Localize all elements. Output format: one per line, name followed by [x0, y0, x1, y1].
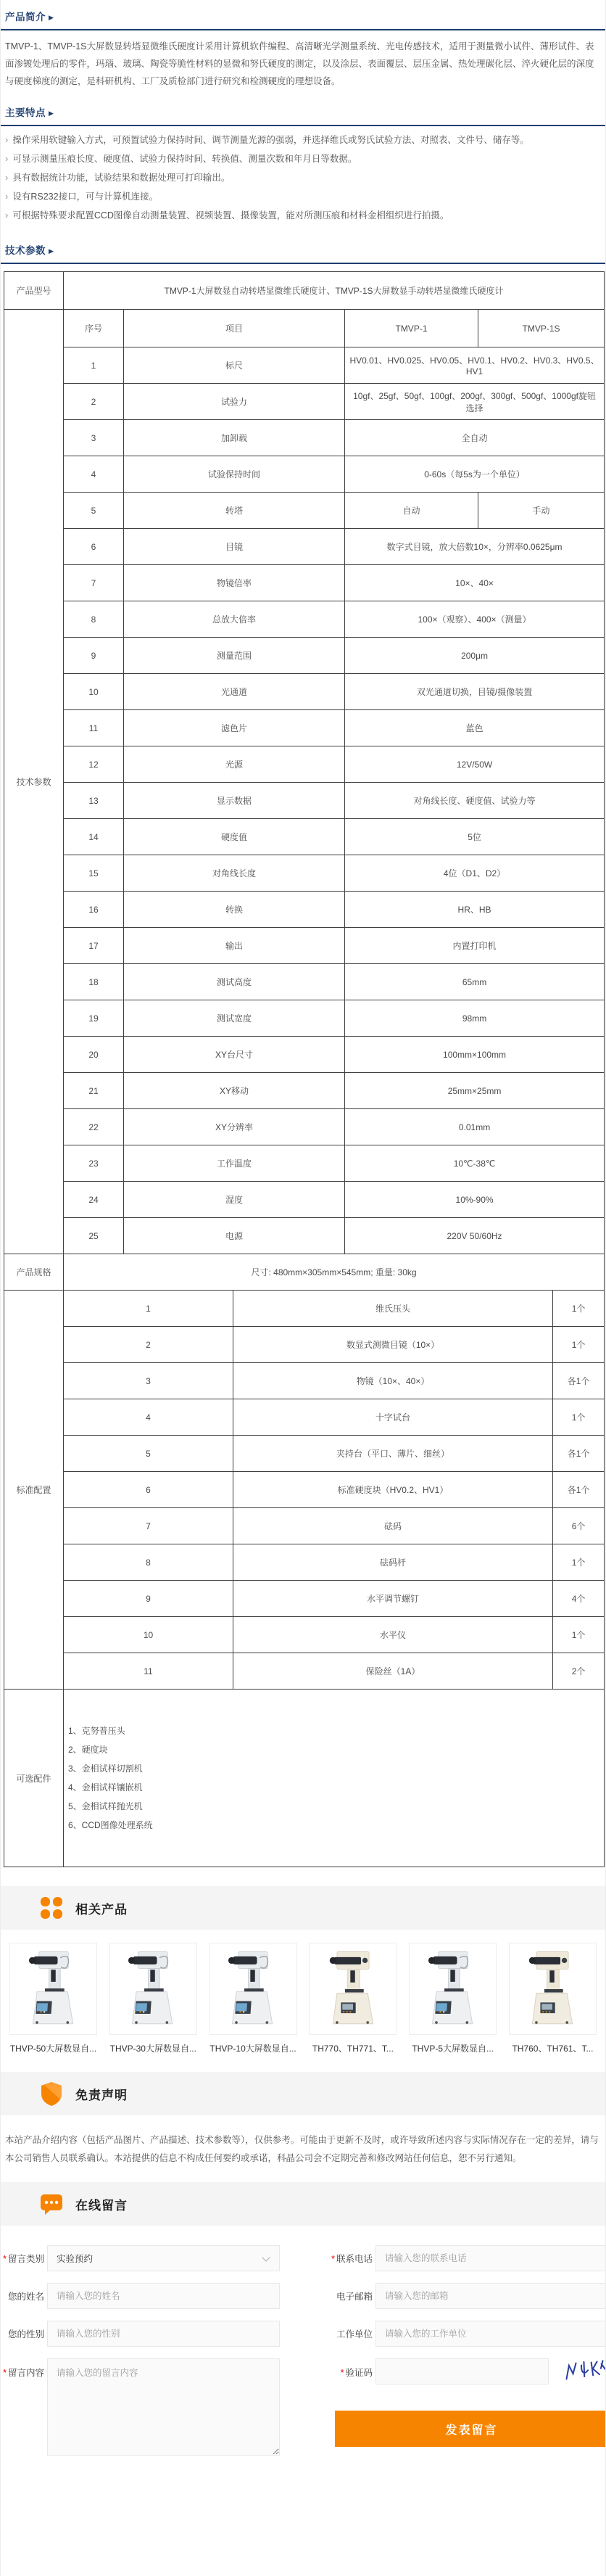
- tech-row: 15对角线长度4位（D1、D2）: [4, 855, 605, 892]
- config-row: 标准配置1维氏压头1个: [4, 1291, 605, 1327]
- col-header-item: 项目: [124, 310, 345, 347]
- product-name-link[interactable]: TH770、TH771、T...: [309, 2042, 397, 2054]
- section-header-specs: 技术参数▶: [1, 232, 605, 264]
- config-row-no: 11: [64, 1653, 233, 1690]
- optional-items-cell: 1、克努普压头2、硬度块3、金相试样切割机4、金相试样镶嵌机5、金相试样抛光机6…: [64, 1690, 605, 1867]
- product-name-link[interactable]: THVP-50大屏数显自...: [9, 2042, 97, 2054]
- config-row: 9水平调节螺钉4个: [4, 1581, 605, 1617]
- tech-row-value: 内置打印机: [345, 928, 605, 964]
- tech-row-item: 光源: [124, 746, 345, 783]
- chat-bubble-icon: [38, 2191, 65, 2217]
- hardness-tester-image: [220, 1949, 286, 2030]
- config-row-qty: 各1个: [553, 1436, 605, 1472]
- feature-text: 可根据特殊要求配置CCD图像自动测量装置、视频装置、摄像装置，能对所测压痕和材料…: [12, 210, 449, 221]
- feature-item: ›可根据特殊要求配置CCD图像自动测量装置、视频装置、摄像装置，能对所测压痕和材…: [5, 206, 601, 225]
- config-row: 8砝码杆1个: [4, 1544, 605, 1581]
- tech-row-value: 100mm×100mm: [345, 1037, 605, 1073]
- tech-row-item: 电源: [124, 1218, 345, 1254]
- config-row-qty: 1个: [553, 1327, 605, 1363]
- tech-row-item: XY台尺寸: [124, 1037, 345, 1073]
- optional-item: 2、硬度块: [68, 1740, 599, 1759]
- related-title: 相关产品: [75, 1899, 128, 1917]
- config-row-item: 水平仪: [233, 1617, 553, 1653]
- tech-row-value: 10gf、25gf、50gf、100gf、200gf、300gf、500gf、1…: [345, 384, 605, 420]
- config-row: 5夹持台（平口、薄片、细丝）各1个: [4, 1436, 605, 1472]
- disclaimer-text: 本站产品介绍内容（包括产品图片、产品描述、技术参数等），仅供参考。可能由于更新不…: [1, 2115, 605, 2168]
- tech-row-no: 9: [64, 638, 124, 674]
- tech-row-no: 23: [64, 1145, 124, 1182]
- tech-row-no: 15: [64, 855, 124, 892]
- name-input[interactable]: [47, 2283, 280, 2309]
- tech-row: 5转塔自动手动: [4, 493, 605, 529]
- tech-row: 7物镜倍率10×、40×: [4, 565, 605, 601]
- tech-row: 19测试宽度98mm: [4, 1000, 605, 1037]
- config-row: 7砝码6个: [4, 1508, 605, 1544]
- tech-row-value: 全自动: [345, 420, 605, 456]
- tech-row-no: 24: [64, 1182, 124, 1218]
- email-input[interactable]: [375, 2283, 606, 2309]
- col-header-no: 序号: [64, 310, 124, 347]
- tech-row-no: 13: [64, 783, 124, 819]
- feature-item: ›具有数据统计功能，试验结果和数据处理可打印输出。: [5, 168, 601, 187]
- related-product: TH760、TH761、T...: [509, 1943, 597, 2054]
- tech-row-item: 输出: [124, 928, 345, 964]
- company-label: 工作单位: [283, 2327, 373, 2340]
- config-row-qty: 1个: [553, 1544, 605, 1581]
- tech-row: 9测量范围200μm: [4, 638, 605, 674]
- online-message-bar: 在线留言: [1, 2182, 605, 2226]
- tech-row-no: 25: [64, 1218, 124, 1254]
- tech-row-item: 总放大倍率: [124, 601, 345, 638]
- product-name-link[interactable]: TH760、TH761、T...: [509, 2042, 597, 2054]
- tech-row: 11滤色片蓝色: [4, 710, 605, 746]
- bullet-arrow-icon: ›: [5, 153, 8, 164]
- feature-text: 可显示测量压痕长度、硬度值、试验力保持时间、转换值、测量次数和年月日等数据。: [12, 154, 357, 164]
- tech-row-item: 目镜: [124, 529, 345, 565]
- chevron-down-icon: [262, 2253, 270, 2261]
- message-form: *留言类别 实验预约 *联系电话 您的姓名 电子邮箱 您的性别 工作单位 *留言…: [1, 2245, 605, 2456]
- hardness-tester-image: [420, 1949, 486, 2030]
- config-row-qty: 1个: [553, 1399, 605, 1436]
- tech-row: 4试验保持时间0-60s（每5s为一个单位）: [4, 456, 605, 493]
- captcha-image[interactable]: [562, 2357, 606, 2383]
- feature-item: ›设有RS232接口，可与计算机连接。: [5, 187, 601, 206]
- gender-label: 您的性别: [1, 2327, 44, 2340]
- tech-row-item: 试验保持时间: [124, 456, 345, 493]
- config-row-no: 2: [64, 1327, 233, 1363]
- tech-row-no: 7: [64, 565, 124, 601]
- optional-item: 3、金相试样切割机: [68, 1759, 599, 1778]
- hardness-tester-image: [120, 1949, 186, 2030]
- message-content-textarea[interactable]: [47, 2358, 280, 2456]
- product-name-link[interactable]: THVP-10大屏数显自...: [209, 2042, 297, 2054]
- col-header-tmvp1: TMVP-1: [345, 310, 478, 347]
- tech-row-item: 硬度值: [124, 819, 345, 855]
- tech-row-item: 滤色片: [124, 710, 345, 746]
- config-row-item: 保险丝（1A）: [233, 1653, 553, 1690]
- optional-item: 5、金相试样抛光机: [68, 1797, 599, 1816]
- captcha-label: *验证码: [283, 2358, 373, 2379]
- tech-row-no: 3: [64, 420, 124, 456]
- bullet-arrow-icon: ›: [5, 191, 8, 202]
- gender-input[interactable]: [47, 2321, 280, 2347]
- specs-title: 技术参数: [5, 245, 46, 256]
- tech-row-value: 65mm: [345, 964, 605, 1000]
- bullet-arrow-icon: ›: [5, 134, 8, 145]
- tech-header-row: 技术参数 序号 项目 TMVP-1 TMVP-1S: [4, 310, 605, 347]
- section-header-features: 主要特点▶: [1, 94, 605, 126]
- phone-input[interactable]: [375, 2245, 606, 2271]
- tech-row: 21XY移动25mm×25mm: [4, 1073, 605, 1109]
- product-spec-label: 产品规格: [4, 1254, 64, 1291]
- tech-row-no: 4: [64, 456, 124, 493]
- tech-row-value: 220V 50/60Hz: [345, 1218, 605, 1254]
- hardness-tester-image: [20, 1949, 87, 2030]
- config-row-item: 砝码杆: [233, 1544, 553, 1581]
- bullet-arrow-icon: ›: [5, 210, 8, 221]
- config-row-no: 10: [64, 1617, 233, 1653]
- tech-row: 24湿度10%-90%: [4, 1182, 605, 1218]
- config-row: 3物镜（10×、40×）各1个: [4, 1363, 605, 1399]
- table-row-optional: 可选配件 1、克努普压头2、硬度块3、金相试样切割机4、金相试样镶嵌机5、金相试…: [4, 1690, 605, 1867]
- config-row-item: 数显式测微目镜（10×）: [233, 1327, 553, 1363]
- tech-row-value: 10×、40×: [345, 565, 605, 601]
- feature-text: 具有数据统计功能，试验结果和数据处理可打印输出。: [12, 173, 230, 183]
- product-card[interactable]: [309, 1943, 397, 2035]
- config-row-no: 3: [64, 1363, 233, 1399]
- tech-row-item: 测试高度: [124, 964, 345, 1000]
- product-card[interactable]: [209, 1943, 297, 2035]
- tech-row-item: 测量范围: [124, 638, 345, 674]
- config-row: 10水平仪1个: [4, 1617, 605, 1653]
- related-product: TH770、TH771、T...: [309, 1943, 397, 2054]
- config-row-qty: 2个: [553, 1653, 605, 1690]
- tech-row-no: 11: [64, 710, 124, 746]
- config-row-qty: 各1个: [553, 1363, 605, 1399]
- category-label: *留言类别: [1, 2252, 44, 2265]
- optional-item: 4、金相试样镶嵌机: [68, 1778, 599, 1797]
- feature-text: 操作采用软键输入方式，可预置试验力保持时间、调节测量光源的强弱，并选择维氏或努氏…: [12, 135, 529, 145]
- company-input[interactable]: [375, 2321, 606, 2347]
- config-row-item: 维氏压头: [233, 1291, 553, 1327]
- related-product: THVP-50大屏数显自...: [9, 1943, 97, 2054]
- features-title: 主要特点: [5, 107, 46, 118]
- tech-row: 22XY分辨率0.01mm: [4, 1109, 605, 1145]
- feature-item: ›可显示测量压痕长度、硬度值、试验力保持时间、转换值、测量次数和年月日等数据。: [5, 149, 601, 168]
- submit-message-button[interactable]: 发表留言: [335, 2411, 606, 2447]
- tech-row-item: XY分辨率: [124, 1109, 345, 1145]
- tech-row-value: 10%-90%: [345, 1182, 605, 1218]
- tech-row-no: 2: [64, 384, 124, 420]
- config-row-qty: 各1个: [553, 1472, 605, 1508]
- product-name-link[interactable]: THVP-30大屏数显自...: [109, 2042, 197, 2054]
- col-header-tmvp1s: TMVP-1S: [478, 310, 605, 347]
- tech-row-item: 光通道: [124, 674, 345, 710]
- tech-row-no: 20: [64, 1037, 124, 1073]
- config-row-item: 水平调节螺钉: [233, 1581, 553, 1617]
- tech-row-value: 蓝色: [345, 710, 605, 746]
- arrow-right-icon: ▶: [49, 14, 54, 21]
- tech-row-no: 1: [64, 347, 124, 384]
- captcha-input[interactable]: [375, 2358, 549, 2384]
- tech-row-value: 数字式目镜，放大倍数10×，分辨率0.0625μm: [345, 529, 605, 565]
- tech-row-value-tmvp1s: 手动: [478, 493, 605, 529]
- model-label: 产品型号: [4, 272, 64, 310]
- tech-row-no: 22: [64, 1109, 124, 1145]
- config-row-no: 5: [64, 1436, 233, 1472]
- tech-row-item: 测试宽度: [124, 1000, 345, 1037]
- tech-row-value: 100×（观察）、400×（测量）: [345, 601, 605, 638]
- spec-table: 产品型号 TMVP-1大屏数显自动转塔显微维氏硬度计、TMVP-1S大屏数显手动…: [4, 271, 605, 1867]
- tech-row-no: 19: [64, 1000, 124, 1037]
- tech-row-value: 0-60s（每5s为一个单位）: [345, 456, 605, 493]
- tech-row: 2试验力10gf、25gf、50gf、100gf、200gf、300gf、500…: [4, 384, 605, 420]
- tech-row-value: 200μm: [345, 638, 605, 674]
- config-row: 11保险丝（1A）2个: [4, 1653, 605, 1690]
- arrow-right-icon: ▶: [49, 110, 54, 117]
- tech-row: 1标尺HV0.01、HV0.025、HV0.05、HV0.1、HV0.2、HV0…: [4, 347, 605, 384]
- category-selected-value: 实验预约: [57, 2252, 93, 2265]
- section-header-intro: 产品简介▶: [1, 0, 605, 30]
- hardness-tester-image: [519, 1949, 586, 2030]
- tech-row-item: 转换: [124, 892, 345, 928]
- tech-row-value: 对角线长度、硬度值、试验力等: [345, 783, 605, 819]
- config-section-label: 标准配置: [4, 1291, 64, 1690]
- config-row-no: 7: [64, 1508, 233, 1544]
- tech-row-value: 5位: [345, 819, 605, 855]
- table-row-product-spec: 产品规格 尺寸: 480mm×305mm×545mm; 重量: 30kg: [4, 1254, 605, 1291]
- product-spec-value: 尺寸: 480mm×305mm×545mm; 重量: 30kg: [64, 1254, 605, 1291]
- tech-row-value: 双光通道切换，目镜/摄像装置: [345, 674, 605, 710]
- tech-row-item: 转塔: [124, 493, 345, 529]
- related-products-row: THVP-50大屏数显自...THVP-30大屏数显自...THVP-10大屏数…: [1, 1930, 605, 2054]
- tech-row-value-tmvp1: 自动: [345, 493, 478, 529]
- tech-row: 18测试高度65mm: [4, 964, 605, 1000]
- tech-row-no: 10: [64, 674, 124, 710]
- tech-row-no: 6: [64, 529, 124, 565]
- tech-row: 25电源220V 50/60Hz: [4, 1218, 605, 1254]
- tech-row: 12光源12V/50W: [4, 746, 605, 783]
- tech-row: 8总放大倍率100×（观察）、400×（测量）: [4, 601, 605, 638]
- product-card[interactable]: [409, 1943, 497, 2035]
- disclaimer-bar: 免责声明: [1, 2072, 605, 2115]
- config-row-item: 标准硬度块（HV0.2、HV1）: [233, 1472, 553, 1508]
- arrow-right-icon: ▶: [49, 247, 54, 255]
- online-message-title: 在线留言: [75, 2195, 128, 2213]
- config-row-qty: 1个: [553, 1291, 605, 1327]
- tech-row: 10光通道双光通道切换，目镜/摄像装置: [4, 674, 605, 710]
- tech-row-value: 25mm×25mm: [345, 1073, 605, 1109]
- tech-row-no: 12: [64, 746, 124, 783]
- disclaimer-title: 免责声明: [75, 2085, 128, 2103]
- tech-row-no: 8: [64, 601, 124, 638]
- tech-row-no: 5: [64, 493, 124, 529]
- config-row-qty: 6个: [553, 1508, 605, 1544]
- feature-text: 设有RS232接口，可与计算机连接。: [12, 192, 158, 202]
- config-row-qty: 1个: [553, 1617, 605, 1653]
- shield-icon: [38, 2081, 65, 2107]
- tech-row: 20XY台尺寸100mm×100mm: [4, 1037, 605, 1073]
- tech-row-no: 17: [64, 928, 124, 964]
- bullet-arrow-icon: ›: [5, 172, 8, 183]
- tech-row-value: 12V/50W: [345, 746, 605, 783]
- config-row-no: 8: [64, 1544, 233, 1581]
- content-label: *留言内容: [1, 2358, 44, 2379]
- related-product: THVP-5大屏数显自...: [409, 1943, 497, 2054]
- config-row-no: 4: [64, 1399, 233, 1436]
- tech-section-label: 技术参数: [4, 310, 64, 1254]
- hardness-tester-image: [320, 1949, 386, 2030]
- tech-row-value: 10℃-38℃: [345, 1145, 605, 1182]
- related-product: THVP-30大屏数显自...: [109, 1943, 197, 2054]
- optional-item: 1、克努普压头: [68, 1721, 599, 1740]
- config-row-no: 9: [64, 1581, 233, 1617]
- tech-row: 6目镜数字式目镜，放大倍数10×，分辨率0.0625μm: [4, 529, 605, 565]
- tech-row-item: 标尺: [124, 347, 345, 384]
- config-row: 6标准硬度块（HV0.2、HV1）各1个: [4, 1472, 605, 1508]
- feature-item: ›操作采用软键输入方式，可预置试验力保持时间、调节测量光源的强弱，并选择维氏或努…: [5, 131, 601, 149]
- product-card[interactable]: [109, 1943, 197, 2035]
- tech-row: 17输出内置打印机: [4, 928, 605, 964]
- config-row-no: 6: [64, 1472, 233, 1508]
- tech-row: 23工作温度10℃-38℃: [4, 1145, 605, 1182]
- related-product: THVP-10大屏数显自...: [209, 1943, 297, 2054]
- features-list: ›操作采用软键输入方式，可预置试验力保持时间、调节测量光源的强弱，并选择维氏或努…: [1, 126, 605, 232]
- optional-label: 可选配件: [4, 1690, 64, 1867]
- tech-row-item: 显示数据: [124, 783, 345, 819]
- grid-dots-icon: [38, 1895, 65, 1921]
- name-label: 您的姓名: [1, 2289, 44, 2303]
- related-products-bar: 相关产品: [1, 1886, 605, 1930]
- tech-row-item: 湿度: [124, 1182, 345, 1218]
- tech-row-item: XY移动: [124, 1073, 345, 1109]
- tech-row: 13显示数据对角线长度、硬度值、试验力等: [4, 783, 605, 819]
- tech-row: 14硬度值5位: [4, 819, 605, 855]
- tech-row-item: 工作温度: [124, 1145, 345, 1182]
- optional-item: 6、CCD图像处理系统: [68, 1816, 599, 1835]
- tech-row-no: 16: [64, 892, 124, 928]
- config-row-qty: 4个: [553, 1581, 605, 1617]
- phone-label: *联系电话: [283, 2252, 373, 2265]
- model-value: TMVP-1大屏数显自动转塔显微维氏硬度计、TMVP-1S大屏数显手动转塔显微维…: [64, 272, 605, 310]
- tech-row-value: 0.01mm: [345, 1109, 605, 1145]
- tech-row-value: HR、HB: [345, 892, 605, 928]
- config-row: 4十字试台1个: [4, 1399, 605, 1436]
- config-row: 2数显式测微目镜（10×）1个: [4, 1327, 605, 1363]
- tech-row-no: 18: [64, 964, 124, 1000]
- optional-items: 1、克努普压头2、硬度块3、金相试样切割机4、金相试样镶嵌机5、金相试样抛光机6…: [68, 1721, 599, 1835]
- config-row-item: 十字试台: [233, 1399, 553, 1436]
- product-name-link[interactable]: THVP-5大屏数显自...: [409, 2042, 497, 2054]
- tech-row-no: 14: [64, 819, 124, 855]
- message-category-select[interactable]: 实验预约: [47, 2245, 280, 2271]
- product-card[interactable]: [9, 1943, 97, 2035]
- tech-row-item: 物镜倍率: [124, 565, 345, 601]
- tech-row: 3加卸载全自动: [4, 420, 605, 456]
- intro-paragraph: TMVP-1、TMVP-1S大屏数显转塔显微维氏硬度计采用计算机软件编程、高清晰…: [1, 30, 605, 94]
- table-row-model: 产品型号 TMVP-1大屏数显自动转塔显微维氏硬度计、TMVP-1S大屏数显手动…: [4, 272, 605, 310]
- config-row-item: 物镜（10×、40×）: [233, 1363, 553, 1399]
- tech-row-value: 4位（D1、D2）: [345, 855, 605, 892]
- tech-row-no: 21: [64, 1073, 124, 1109]
- tech-row: 16转换HR、HB: [4, 892, 605, 928]
- tech-row-item: 试验力: [124, 384, 345, 420]
- config-row-item: 夹持台（平口、薄片、细丝）: [233, 1436, 553, 1472]
- tech-row-value: 98mm: [345, 1000, 605, 1037]
- config-row-item: 砝码: [233, 1508, 553, 1544]
- tech-row-item: 对角线长度: [124, 855, 345, 892]
- tech-row-value: HV0.01、HV0.025、HV0.05、HV0.1、HV0.2、HV0.3、…: [345, 347, 605, 384]
- tech-row-item: 加卸载: [124, 420, 345, 456]
- config-row-no: 1: [64, 1291, 233, 1327]
- intro-title: 产品简介: [5, 12, 46, 22]
- email-label: 电子邮箱: [283, 2289, 373, 2303]
- product-card[interactable]: [509, 1943, 597, 2035]
